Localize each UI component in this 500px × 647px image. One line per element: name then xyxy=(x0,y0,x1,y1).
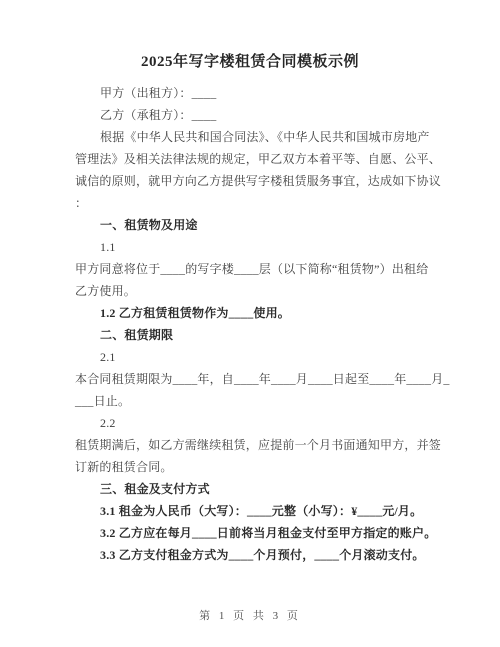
text-line: ： xyxy=(75,192,435,214)
text-line: 3.3 乙方支付租金方式为____个月预付，____个月滚动支付。 xyxy=(75,544,435,566)
text-line: 乙方使用。 xyxy=(75,280,435,302)
contract-document-page: 2025年写字楼租赁合同模板示例 甲方（出租方）：____乙方（承租方）：___… xyxy=(0,0,500,647)
text-line: 管理法》及相关法律法规的规定，甲乙双方本着平等、自愿、公平、 xyxy=(75,148,435,170)
page-number-footer: 第 1 页 共 3 页 xyxy=(0,610,500,623)
text-line: 三、租金及支付方式 xyxy=(75,478,435,500)
text-line: ___日止。 xyxy=(75,390,435,412)
text-line: 根据《中华人民共和国合同法》、《中华人民共和国城市房地产 xyxy=(75,126,435,148)
text-line: 租赁期满后，如乙方需继续租赁，应提前一个月书面通知甲方，并签 xyxy=(75,434,435,456)
text-line: 乙方（承租方）：____ xyxy=(75,104,435,126)
text-line: 一、租赁物及用途 xyxy=(75,214,435,236)
document-title: 2025年写字楼租赁合同模板示例 xyxy=(0,0,500,74)
text-line: 1.1 xyxy=(75,236,435,258)
text-line: 二、租赁期限 xyxy=(75,324,435,346)
document-body: 甲方（出租方）：____乙方（承租方）：____根据《中华人民共和国合同法》、《… xyxy=(0,82,500,566)
text-line: 订新的租赁合同。 xyxy=(75,456,435,478)
text-line: 诚信的原则，就甲方向乙方提供写字楼租赁服务事宜，达成如下协议 xyxy=(75,170,435,192)
text-line: 1.2 乙方租赁租赁物作为____使用。 xyxy=(75,302,435,324)
text-line: 本合同租赁期限为____年，自____年____月____日起至____年___… xyxy=(75,368,435,390)
text-line: 3.2 乙方应在每月____日前将当月租金支付至甲方指定的账户。 xyxy=(75,522,435,544)
text-line: 2.1 xyxy=(75,346,435,368)
text-line: 甲方（出租方）：____ xyxy=(75,82,435,104)
text-line: 2.2 xyxy=(75,412,435,434)
text-line: 甲方同意将位于____的写字楼____层（以下简称“租赁物”）出租给 xyxy=(75,258,435,280)
text-line: 3.1 租金为人民币（大写）：____元整（小写）：¥____元/月。 xyxy=(75,500,435,522)
